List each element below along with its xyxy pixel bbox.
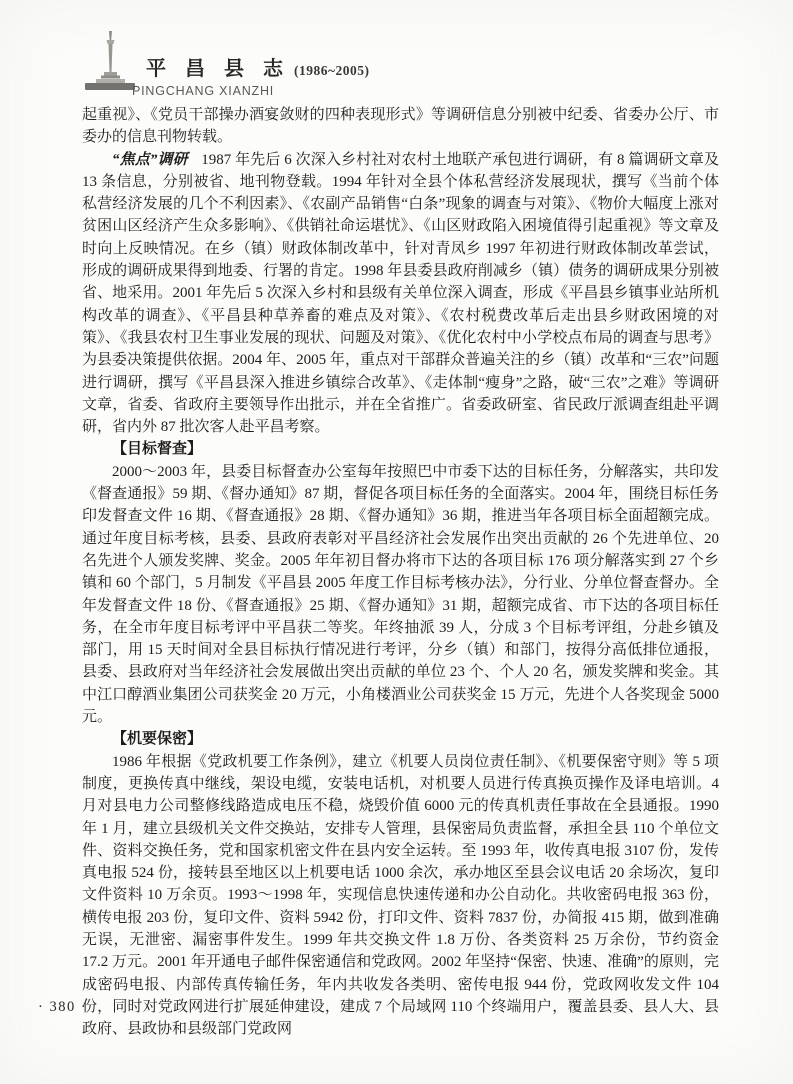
monument-icon	[84, 30, 136, 94]
book-header: 平 昌 县 志 (1986~2005) PINGCHANG XIANZHI	[84, 30, 370, 98]
paragraph-continuation: 起重视》、《党员干部操办酒宴敛财的四种表现形式》等调研信息分别被中纪委、省委办公…	[82, 104, 719, 149]
paragraph-body-text: 1987 年先后 6 次深入乡村社对农村土地联产承包进行调研，有 8 篇调研文章…	[82, 152, 719, 436]
page-content: 起重视》、《党员干部操办酒宴敛财的四种表现形式》等调研信息分别被中纪委、省委办公…	[82, 104, 719, 1040]
page-number: · 380 ·	[38, 999, 87, 1016]
book-title: 平 昌 县 志 (1986~2005)	[146, 52, 370, 81]
paragraph-jiaodian-diaoyan: “焦点”调研1987 年先后 6 次深入乡村社对农村土地联产承包进行调研，有 8…	[82, 149, 719, 439]
scanned-page: 平 昌 县 志 (1986~2005) PINGCHANG XIANZHI 起重…	[0, 0, 793, 1084]
book-title-years: (1986~2005)	[294, 63, 370, 78]
book-title-block: 平 昌 县 志 (1986~2005) PINGCHANG XIANZHI	[146, 30, 370, 98]
book-subtitle: PINGCHANG XIANZHI	[132, 84, 370, 98]
paragraph-lead-in: “焦点”调研	[112, 152, 188, 168]
book-title-cn: 平 昌 县 志	[146, 58, 290, 80]
section-heading-jiyao-baomi: 【机要保密】	[82, 728, 719, 750]
section-heading-mubiao-ducha: 【目标督查】	[82, 438, 719, 460]
paragraph-jiyao-baomi: 1986 年根据《党政机要工作条例》，建立《机要人员岗位责任制》、《机要保密守则…	[82, 751, 719, 1041]
paragraph-mubiao-ducha: 2000～2003 年，县委目标督查办公室每年按照巴中市委下达的目标任务，分解落…	[82, 461, 719, 729]
